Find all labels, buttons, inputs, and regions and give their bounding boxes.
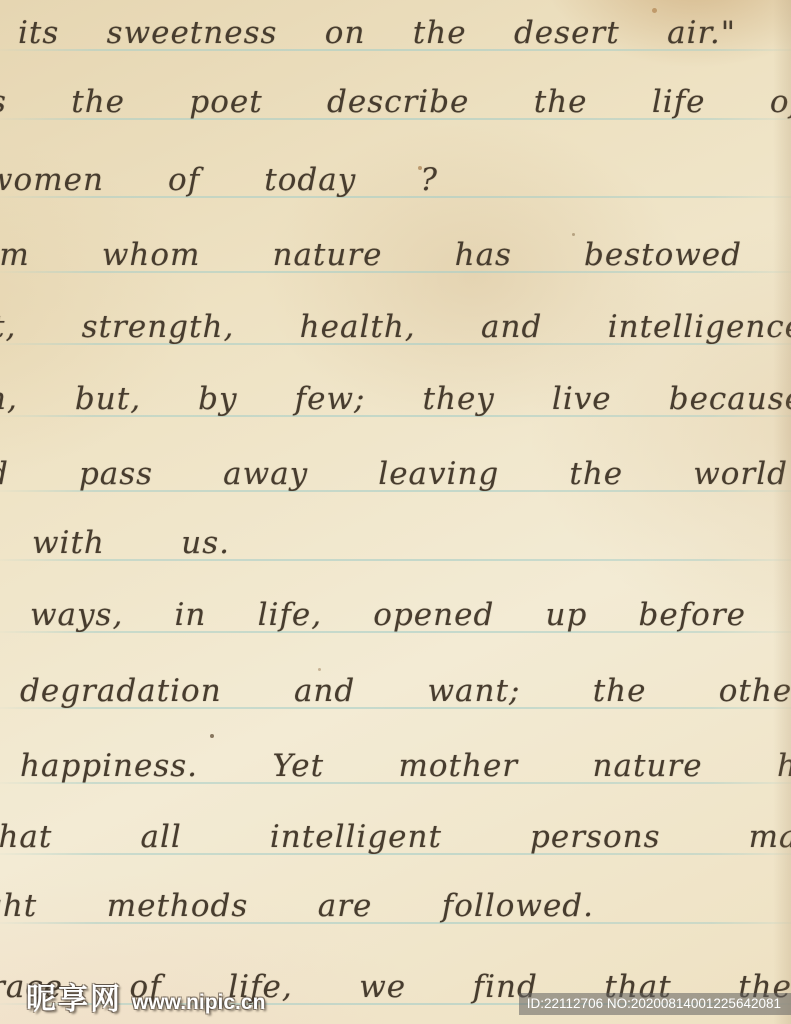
handwriting-line: happiness. Yet mother nature h (20, 739, 791, 793)
watermark-site-url: www.nipic.cn (132, 991, 265, 1015)
handwriting-line: that all intelligent persons may (0, 810, 791, 864)
paper-speck (418, 166, 422, 170)
watermark-site-name: 昵享网 (26, 974, 122, 1018)
scanned-handwritten-page: its sweetness on the desert air." s the … (0, 0, 791, 1024)
handwriting-line: t, strength, health, and intelligence (0, 300, 791, 354)
paper-speck (318, 668, 321, 671)
handwriting-line: ways, in life, opened up before (30, 588, 746, 642)
watermark-site: 昵享网 www.nipic.cn (26, 974, 265, 1018)
paper-speck (572, 233, 575, 236)
handwriting-line: degradation and want; the other (20, 664, 791, 718)
handwriting-line: women of today ? (0, 153, 438, 207)
handwriting-line: em whom nature has bestowed (0, 228, 742, 282)
handwriting-line: s the poet describe the life of (0, 75, 791, 129)
handwriting-line: d pass away leaving the world (0, 447, 788, 501)
paper-speck (210, 734, 214, 738)
handwriting-line: n, but, by few; they live because (0, 372, 791, 426)
handwriting-line: ght methods are followed. (0, 879, 594, 933)
paper-speck (652, 8, 657, 13)
handwriting-line: its sweetness on the desert air." (18, 6, 736, 60)
handwriting-line: with us. (32, 516, 230, 570)
page-edge-shadow (773, 0, 791, 1024)
watermark-image-id: ID:22112706 NO:20200814001225642081 (519, 993, 791, 1015)
